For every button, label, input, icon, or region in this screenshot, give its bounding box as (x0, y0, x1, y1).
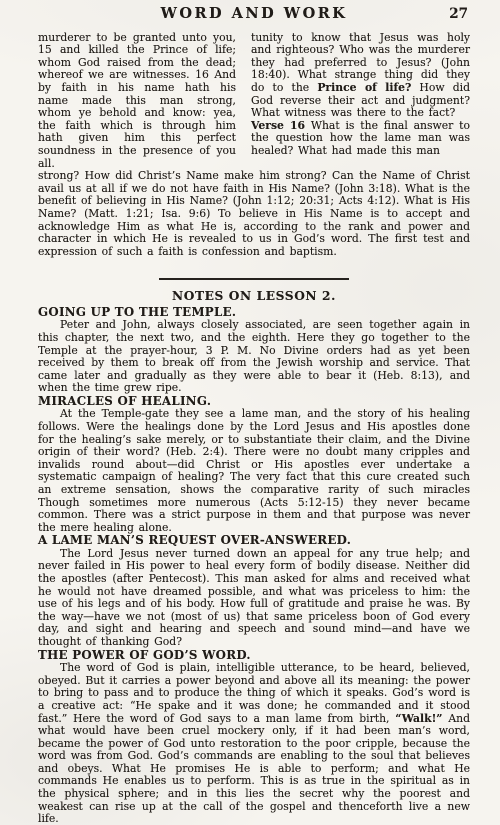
section-lame-mans-request: A LAME MAN’S REQUEST OVER-ANSWERED. The … (38, 534, 470, 648)
section-body-request: The Lord Jesus never turned down an appe… (38, 548, 470, 649)
section-heading-miracles: MIRACLES OF HEALING. (38, 395, 470, 409)
two-column-section: murderer to be granted unto you, 15 and … (38, 32, 470, 171)
page-header: WORD AND WORK 27 (38, 5, 470, 21)
section-body-power: The word of God is plain, intelligible u… (38, 662, 470, 825)
verse-16-label: Verse 16 (251, 119, 305, 132)
walk-bold: “Walk!” (395, 712, 442, 725)
section-miracles-of-healing: MIRACLES OF HEALING. At the Temple-gate … (38, 395, 470, 534)
prince-of-life-bold: Prince of life? (317, 81, 411, 94)
scripture-text: murderer to be granted unto you, 15 and … (38, 32, 236, 171)
questions-paragraph: tunity to know that Jesus was holy and r… (251, 32, 470, 120)
magazine-page: WORD AND WORK 27 murderer to be granted … (0, 0, 500, 825)
page-title: WORD AND WORK (161, 8, 348, 21)
fullwidth-paragraph: strong? How did Christ’s Name make him s… (38, 170, 470, 258)
questions-column: tunity to know that Jesus was holy and r… (251, 32, 470, 171)
section-going-up-to-the-temple: GOING UP TO THE TEMPLE. Peter and John, … (38, 306, 470, 395)
power-body-post: And what would have been cruel mockery o… (38, 712, 470, 825)
section-body-temple: Peter and John, always closely associate… (38, 319, 470, 395)
scripture-column: murderer to be granted unto you, 15 and … (38, 32, 236, 171)
verse-16-paragraph: Verse 16 What is the final answer to the… (251, 120, 470, 158)
page-number: 27 (449, 8, 470, 21)
section-divider-rule (159, 278, 349, 280)
section-power-of-gods-word: THE POWER OF GOD’S WORD. The word of God… (38, 649, 470, 825)
notes-heading: NOTES ON LESSON 2. (38, 290, 470, 303)
section-heading-power: THE POWER OF GOD’S WORD. (38, 649, 470, 663)
section-heading-temple: GOING UP TO THE TEMPLE. (38, 306, 470, 320)
section-heading-request: A LAME MAN’S REQUEST OVER-ANSWERED. (38, 534, 470, 548)
section-body-miracles: At the Temple-gate they see a lame man, … (38, 408, 470, 534)
